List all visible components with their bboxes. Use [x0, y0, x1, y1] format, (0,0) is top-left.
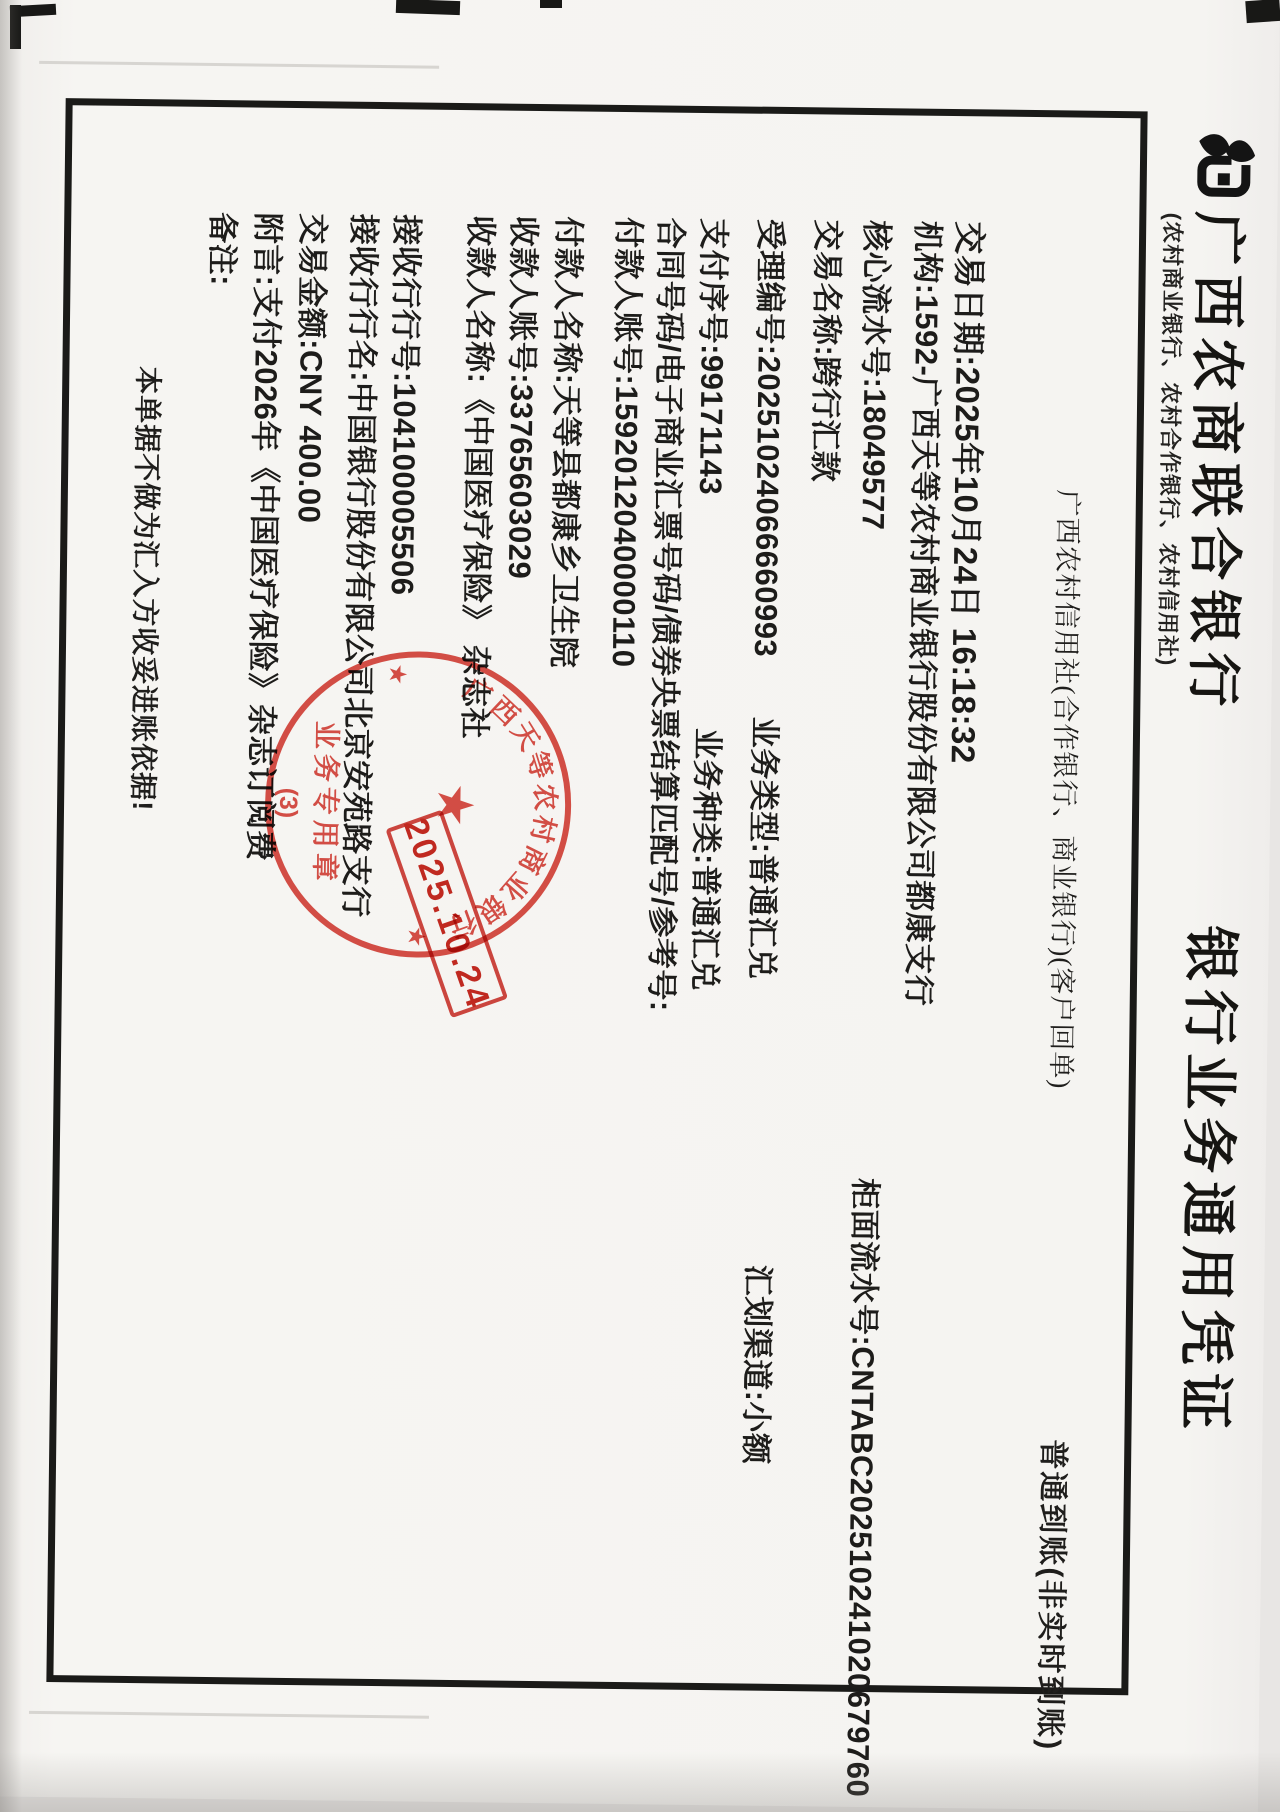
field-institution: 机构:1592-广西天等农村商业银行股份有限公司都康支行 — [899, 220, 954, 1006]
field-biz-kind: 业务种类:普通汇兑 — [685, 728, 733, 991]
field-payer-name: 付款人名称:天等县都康乡卫生院 — [544, 216, 595, 668]
seal-number: (3) — [274, 787, 302, 818]
paper-edge-shadow-bottom — [29, 1711, 429, 1719]
bank-name-note: (农村商业银行、农村合作银行、农村信用社) — [1153, 213, 1190, 667]
field-remark: 备注: — [202, 212, 248, 286]
field-payer-account: 付款人账号:1592012040000110 — [604, 217, 655, 668]
scan-artifact-streak — [1245, 0, 1280, 23]
field-transfer-channel: 汇划渠道:小额 — [736, 1264, 783, 1464]
scan-artifact-corner-mark — [10, 5, 21, 49]
field-core-serial: 核心流水号:18049577 — [853, 220, 902, 531]
scan-artifact-streak — [540, 0, 562, 8]
footer-note: 本单据不做为汇入方收妥进账依据! — [124, 366, 169, 812]
receipt-paper: 广西农商联合银行 (农村商业银行、农村合作银行、农村信用社) 银行业务通用凭证 … — [0, 0, 1280, 1812]
arrival-mode: 普通到账(非实时到账) — [1031, 1439, 1079, 1751]
document-title: 银行业务通用凭证 — [1168, 925, 1254, 1438]
field-biz-type: 业务类型:普通汇兑 — [742, 717, 790, 980]
field-trade-name: 交易名称:跨行汇款 — [805, 219, 853, 482]
field-accept-no: 受理编号:20251024066660993 — [746, 219, 796, 658]
seal-star-left-icon: ★ — [384, 663, 411, 685]
scanned-receipt-page: { "colors":{"paper":"#f6f5f2","frame_bla… — [0, 0, 1280, 1812]
bank-logo-icon — [1188, 125, 1259, 198]
seal-banner: 业务专用章 — [309, 721, 343, 886]
receipt-type-line: 广西农村信用社(合作银行、商业银行)(客户回单) — [1044, 489, 1090, 1089]
bank-name: 广西农商联合银行 — [1178, 211, 1261, 716]
paper-edge-shadow-top — [39, 61, 439, 69]
field-amount: 交易金额:CNY 400.00 — [290, 213, 339, 524]
field-payee-account: 收款人账号:33765603029 — [500, 216, 549, 580]
scan-artifact-streak — [396, 0, 460, 15]
field-recv-bank-no: 接收行行号:104100005506 — [383, 214, 433, 596]
field-counter-serial: 柜面流水号:CNTABC202510241020679760 — [838, 1178, 891, 1798]
field-pay-seq: 支付序号:99171143 — [691, 218, 739, 496]
